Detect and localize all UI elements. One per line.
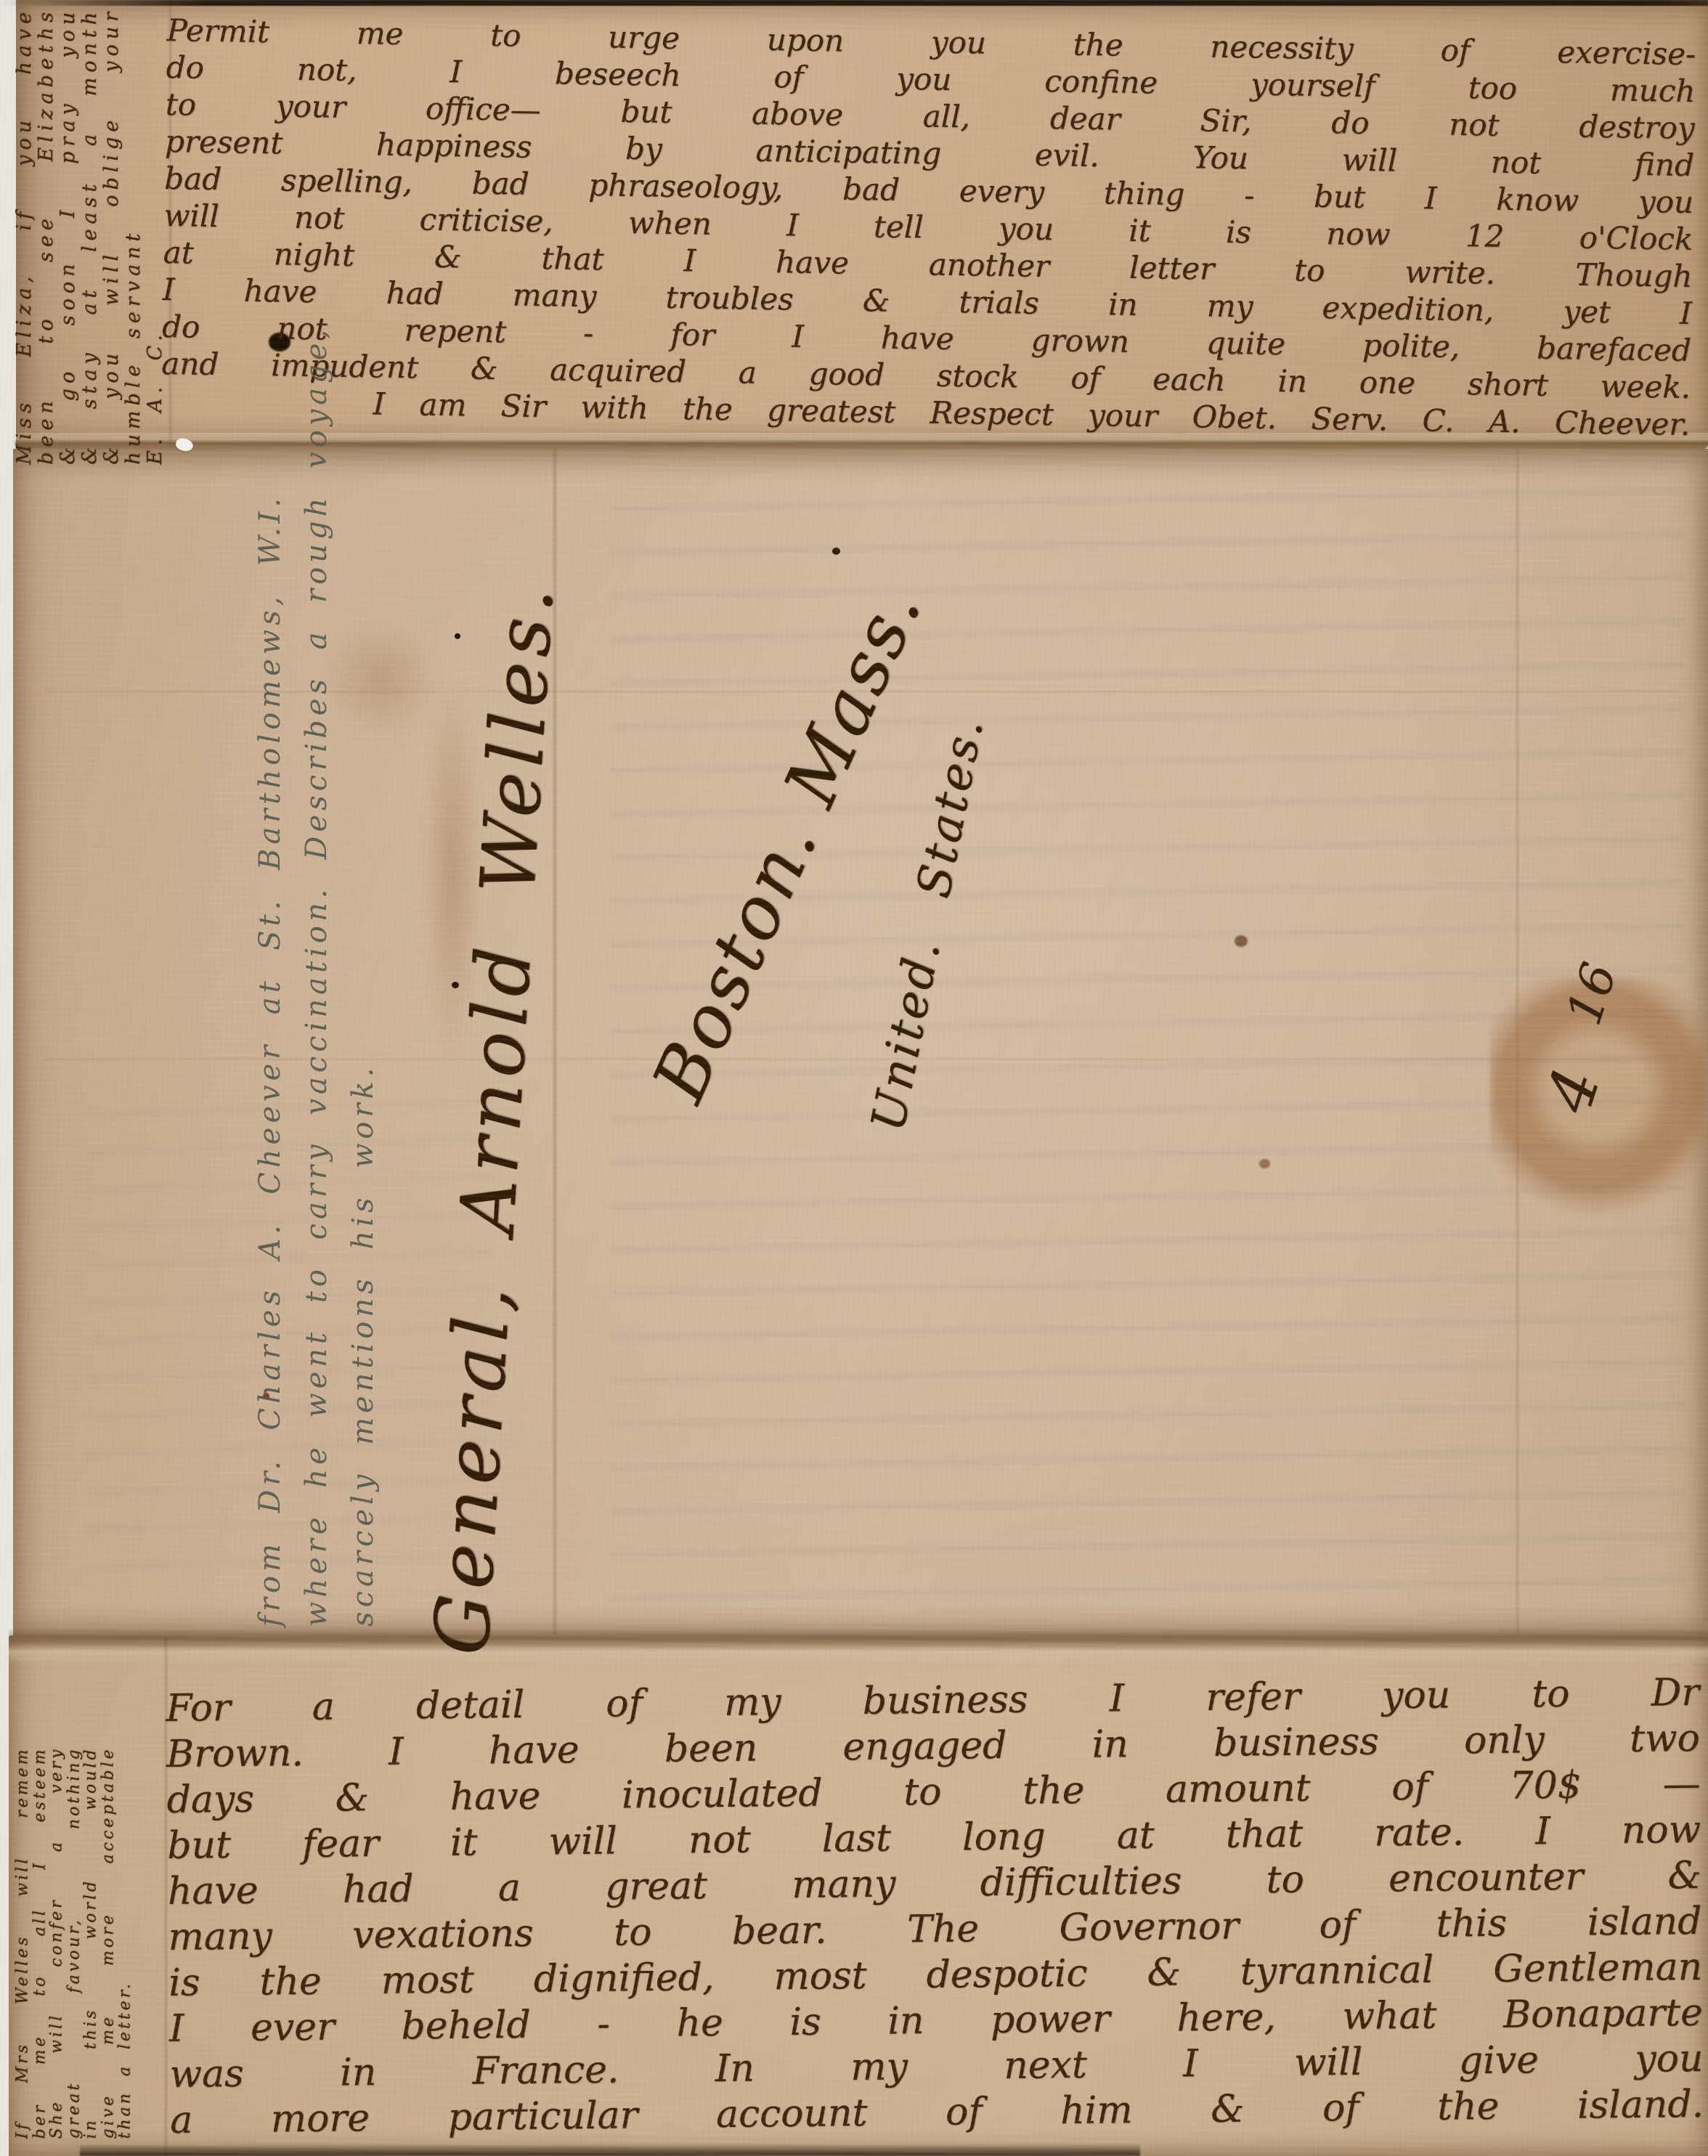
- handwritten-line: humble servant: [123, 7, 145, 465]
- handwritten-line: give me more acceptable: [99, 1747, 117, 2139]
- horizontal-fold-crease-lower: [9, 1628, 1708, 1666]
- scan-edge-bottom: [80, 2144, 1140, 2156]
- handwritten-line: been to see Elizabeths: [36, 7, 57, 465]
- handwritten-line: & stay at least a month: [79, 7, 101, 465]
- handwritten-line: If Mrs Welles will remem: [15, 1747, 32, 2139]
- scan-edge-top: [0, 0, 1708, 6]
- handwritten-line: where he went to carry vaccination. Desc…: [293, 494, 340, 1627]
- margin-note-top: Miss Eliza, if you havebeen to see Eliza…: [14, 7, 168, 465]
- handwritten-line: Miss Eliza, if you have: [14, 7, 36, 465]
- handwritten-line: & you will oblige your: [101, 7, 123, 465]
- margin-note-bottom: If Mrs Welles will remember me to all I …: [15, 1747, 134, 2139]
- handwritten-line: great favour, nothing: [65, 1747, 83, 2139]
- handwritten-line: from Dr. Charles A. Cheever at St. Barth…: [247, 494, 293, 1627]
- scanned-letter-page: Permit me to urge upon you the necessity…: [0, 0, 1708, 2156]
- handwritten-line: & go soon I pray you: [57, 7, 79, 465]
- handwritten-line: in this world would: [83, 1747, 100, 2139]
- handwritten-line: ber me to all I esteem: [31, 1747, 49, 2139]
- handwritten-line: E. A. C.: [145, 7, 166, 465]
- archivist-pencil-note: from Dr. Charles A. Cheever at St. Barth…: [247, 494, 392, 1627]
- bleedthrough-text-ghost: [610, 479, 1685, 1612]
- letter-body-bottom: For a detail of my business I refer you …: [166, 1670, 1704, 2144]
- handwritten-line: than a letter.: [117, 1747, 134, 2139]
- letter-body-top: Permit me to urge upon you the necessity…: [160, 12, 1696, 443]
- handwritten-line: scarcely mentions his work.: [340, 494, 386, 1627]
- ink-dot-2: [455, 633, 460, 639]
- handwritten-line: She will confer a very: [49, 1747, 66, 2139]
